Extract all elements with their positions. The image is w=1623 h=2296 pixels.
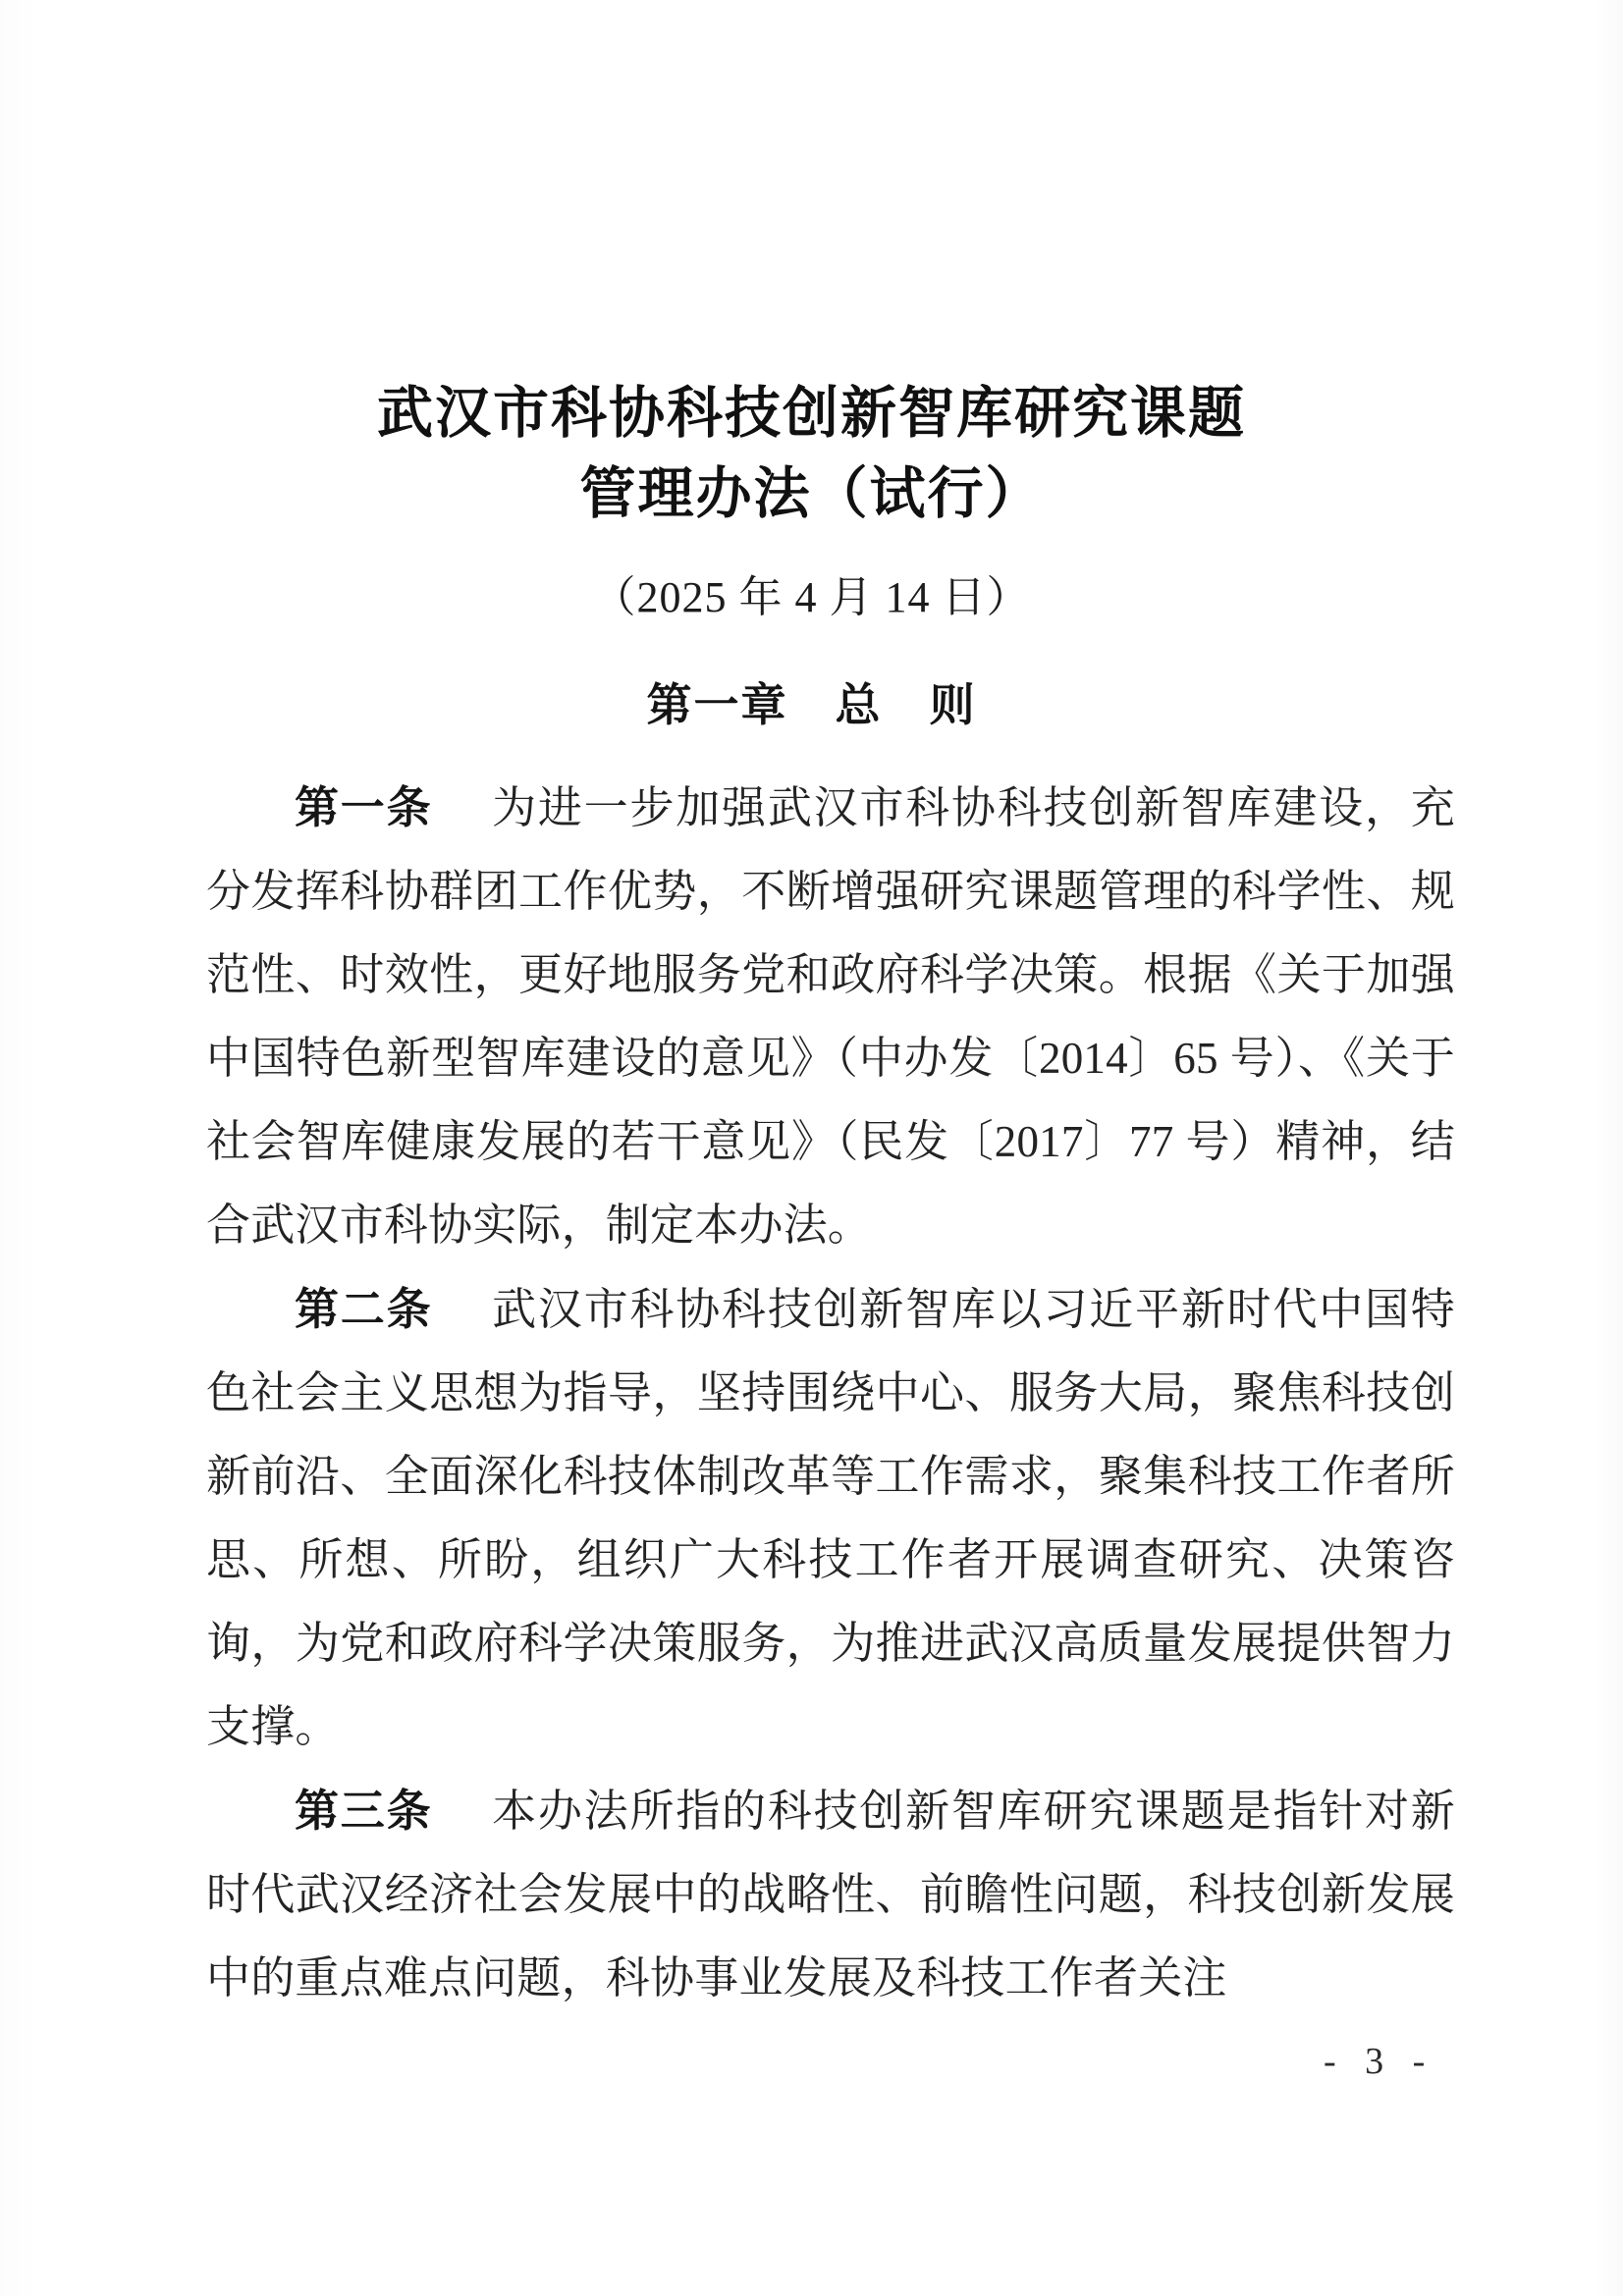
document-page: 武汉市科协科技创新智库研究课题 管理办法（试行） （2025 年 4 月 14 …	[0, 0, 1623, 2296]
article-paragraph-3: 第三条本办法所指的科技创新智库研究课题是指针对新时代武汉经济社会发展中的战略性、…	[206, 1769, 1455, 2020]
article-1-label: 第一条	[295, 782, 432, 832]
document-body: 第一条为进一步加强武汉市科协科技创新智库建设，充分发挥科协群团工作优势，不断增强…	[206, 766, 1455, 2020]
document-title-line2: 管理办法（试行）	[0, 454, 1623, 534]
chapter-heading: 第一章 总 则	[0, 677, 1623, 732]
article-paragraph-1: 第一条为进一步加强武汉市科协科技创新智库建设，充分发挥科协群团工作优势，不断增强…	[206, 766, 1455, 1267]
document-title-line1: 武汉市科协科技创新智库研究课题	[0, 373, 1623, 454]
article-2-label: 第二条	[295, 1284, 432, 1334]
document-date: （2025 年 4 月 14 日）	[0, 572, 1623, 623]
article-1-text: 为进一步加强武汉市科协科技创新智库建设，充分发挥科协群团工作优势，不断增强研究课…	[206, 783, 1455, 1250]
page-number: - 3 -	[1324, 2040, 1434, 2083]
article-2-text: 武汉市科协科技创新智库以习近平新时代中国特色社会主义思想为指导，坚持围绕中心、服…	[206, 1285, 1455, 1751]
article-paragraph-2: 第二条武汉市科协科技创新智库以习近平新时代中国特色社会主义思想为指导，坚持围绕中…	[206, 1267, 1455, 1769]
document-title: 武汉市科协科技创新智库研究课题 管理办法（试行）	[0, 373, 1623, 534]
article-3-label: 第三条	[295, 1786, 432, 1836]
